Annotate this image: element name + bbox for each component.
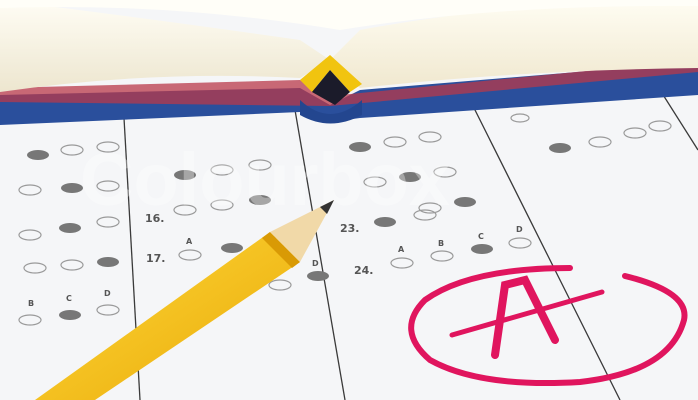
svg-text:D: D [516, 225, 523, 234]
svg-text:A: A [398, 245, 405, 254]
question-24: 24. [354, 264, 374, 277]
svg-text:D: D [312, 259, 319, 268]
svg-text:B: B [438, 239, 444, 248]
svg-text:D: D [104, 289, 111, 298]
svg-text:C: C [66, 294, 72, 303]
question-17: 17. [146, 252, 166, 265]
photo-scene: 16. 17. 23. 24. A B C D A D B C D Colour… [0, 0, 698, 400]
svg-text:A: A [186, 237, 193, 246]
svg-text:B: B [28, 299, 34, 308]
svg-text:C: C [478, 232, 484, 241]
question-23: 23. [340, 222, 360, 235]
watermark-text: Colourbox [80, 138, 450, 221]
